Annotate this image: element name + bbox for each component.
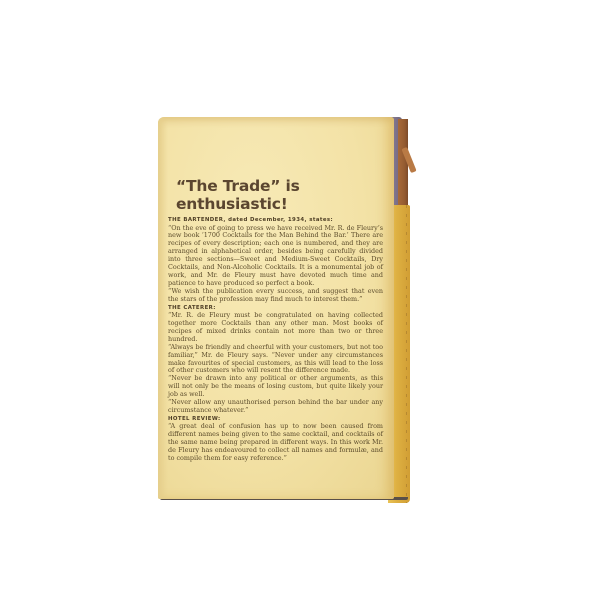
- review-hotel-review: HOTEL REVIEW: “A great deal of confusion…: [168, 416, 383, 463]
- review-paragraph: “Never be drawn into any political or ot…: [168, 375, 383, 399]
- review-paragraph: “Mr. R. de Fleury must be congratulated …: [168, 312, 383, 344]
- dust-jacket: “The Trade” is enthusiastic! THE BARTEND…: [158, 117, 394, 499]
- cover-headline: “The Trade” is enthusiastic!: [176, 177, 383, 213]
- review-paragraph: “On the eve of going to press we have re…: [168, 225, 383, 288]
- review-paragraph: “A great deal of confusion has up to now…: [168, 423, 383, 463]
- review-bartender: THE BARTENDER, dated December, 1934, sta…: [168, 217, 383, 304]
- review-paragraph: “Always be friendly and cheerful with yo…: [168, 344, 383, 376]
- review-paragraph: “We wish the publication every success, …: [168, 288, 383, 304]
- cover-text: “The Trade” is enthusiastic! THE BARTEND…: [168, 177, 383, 463]
- book-back-cover: “The Trade” is enthusiastic! THE BARTEND…: [158, 117, 418, 503]
- review-caterer: THE CATERER: “Mr. R. de Fleury must be c…: [168, 305, 383, 415]
- review-paragraph: “Never allow any unauthorised person beh…: [168, 399, 383, 415]
